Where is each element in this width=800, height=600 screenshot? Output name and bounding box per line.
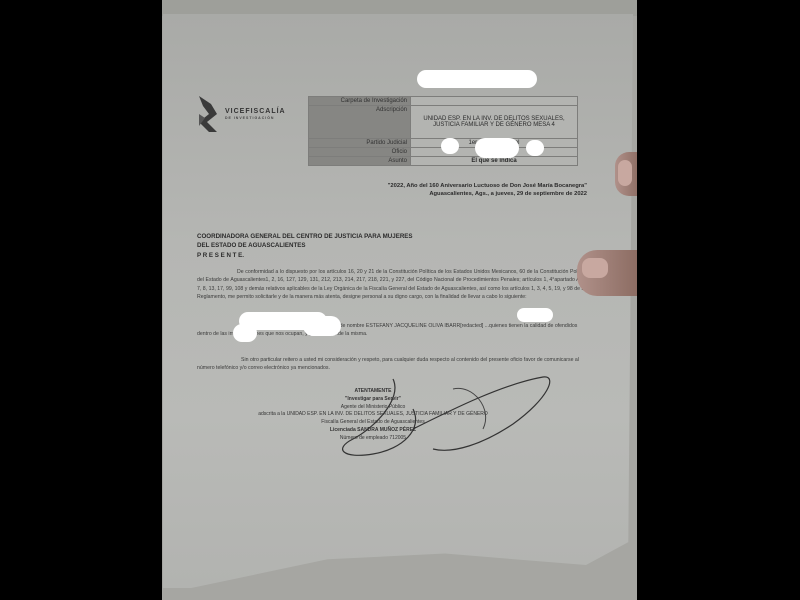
row-value: UNIDAD ESP. EN LA INV. DE DELITOS SEXUAL…	[411, 106, 578, 139]
addressee-line: COORDINADORA GENERAL DEL CENTRO DE JUSTI…	[197, 232, 413, 241]
table-row: Carpeta de Investigación	[309, 97, 578, 106]
photo: VICEFISCALÍA DE INVESTIGACIÓN Carpeta de…	[162, 0, 637, 600]
vicefiscalia-logo-icon	[197, 94, 219, 134]
row-label: Oficio	[309, 148, 411, 157]
redaction-mark	[517, 308, 553, 322]
redaction-mark	[303, 316, 341, 336]
redaction-mark	[233, 324, 257, 342]
row-label: Partido Judicial	[309, 139, 411, 148]
redaction-mark	[441, 138, 459, 154]
row-label: Carpeta de Investigación	[309, 97, 411, 106]
addressee: COORDINADORA GENERAL DEL CENTRO DE JUSTI…	[197, 232, 413, 260]
table-row: Adscripción UNIDAD ESP. EN LA INV. DE DE…	[309, 106, 578, 139]
logo: VICEFISCALÍA DE INVESTIGACIÓN	[197, 94, 286, 134]
row-value	[411, 97, 578, 106]
handwritten-signature-icon	[333, 369, 563, 469]
thumbnail	[582, 258, 608, 278]
table-row: Asunto El que se indica	[309, 157, 578, 166]
slogan: "2022, Año del 160 Aniversario Luctuoso …	[323, 182, 587, 190]
place-date: Aguascalientes, Ags., a jueves, 29 de se…	[323, 190, 587, 198]
slogan-and-date: "2022, Año del 160 Aniversario Luctuoso …	[323, 182, 587, 199]
logo-subtitle: DE INVESTIGACIÓN	[225, 117, 286, 121]
background-wall	[162, 0, 637, 16]
redaction-mark	[526, 140, 544, 156]
addressee-line: P R E S E N T E.	[197, 251, 413, 260]
fingernail	[618, 160, 632, 186]
document-paper: VICEFISCALÍA DE INVESTIGACIÓN Carpeta de…	[163, 14, 633, 588]
row-label: Asunto	[309, 157, 411, 166]
redaction-mark	[417, 70, 537, 88]
row-label: Adscripción	[309, 106, 411, 139]
logo-title: VICEFISCALÍA	[225, 108, 286, 115]
redaction-mark	[475, 138, 519, 158]
addressee-line: DEL ESTADO DE AGUASCALIENTES	[197, 241, 413, 250]
body-paragraph-1: De conformidad a lo dispuesto por los ar…	[197, 268, 587, 301]
